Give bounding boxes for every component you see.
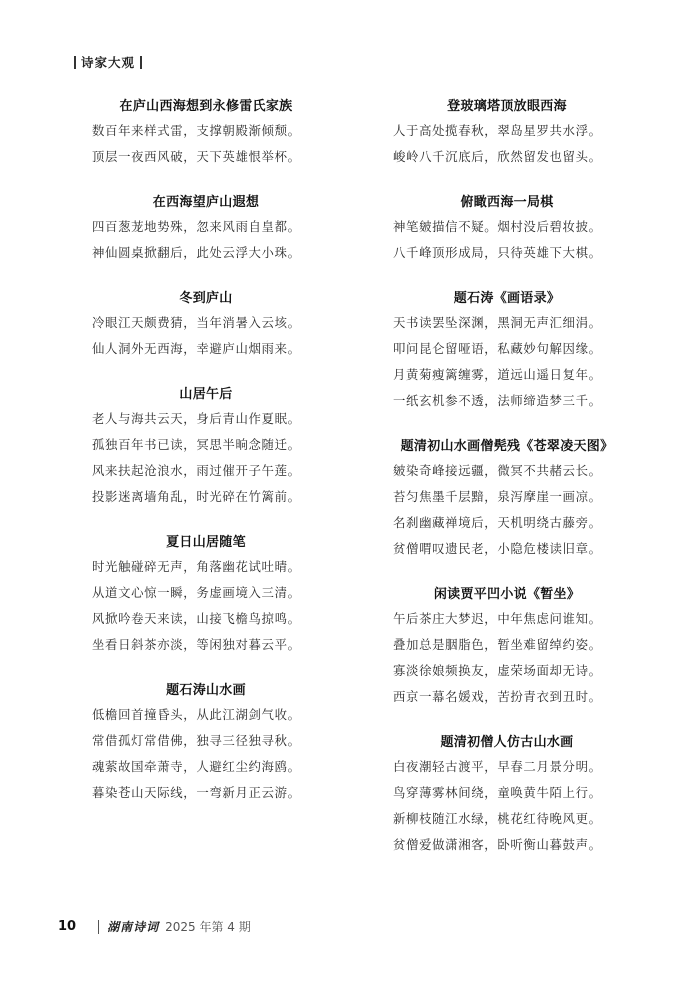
poem-line: 新柳枝随江水绿，桃花红待晚风更。 — [387, 806, 627, 832]
poem: 俯瞰西海一局棋神笔皴描信不疑。烟村没后碧妆披。八千峰顶形成局，只待英雄下大棋。 — [387, 192, 627, 266]
poem-line: 贫僧爱做潇湘客，卧听衡山暮鼓声。 — [387, 832, 627, 858]
section-tag: 诗家大观 — [74, 53, 142, 71]
poem: 在庐山西海想到永修雷氏家族数百年来样式雷，支撑朝殿渐倾颓。顶层一夜西风破，天下英… — [86, 96, 326, 170]
poem-title: 山居午后 — [86, 384, 326, 406]
poem: 山居午后老人与海共云天，身后青山作夏眠。孤独百年书已读，冥思半晌念随迁。风来扶起… — [86, 384, 326, 510]
poem-line: 时光触碰碎无声，角落幽花试吐晴。 — [86, 554, 326, 580]
poem-line: 神仙圆桌掀翻后，此处云浮大小珠。 — [86, 240, 326, 266]
poem: 登玻璃塔顶放眼西海人于高处揽春秋，翠岛星罗共水浮。峻岭八千沉底后，欣然留发也留头… — [387, 96, 627, 170]
poem-line: 魂萦故国牵萧寺，人避红尘约海鸥。 — [86, 754, 326, 780]
poem-line: 坐看日斜茶亦淡，等闲独对暮云平。 — [86, 632, 326, 658]
page-footer: 10 湖南诗词 2025 年第 4 期 — [58, 918, 251, 935]
poem-line: 鸟穿薄雾林间绕，童唤黄牛陌上行。 — [387, 780, 627, 806]
poem-line: 一纸玄机参不透，法师缔造梦三千。 — [387, 388, 627, 414]
poem-line: 风来扶起沧浪水，雨过催开子午莲。 — [86, 458, 326, 484]
poem-line: 暮染苍山天际线，一弯新月正云游。 — [86, 780, 326, 806]
poem-line: 苔匀焦墨千层黯，泉泻摩崖一画凉。 — [387, 484, 627, 510]
poem-line: 从道文心惊一瞬，务虚画境入三清。 — [86, 580, 326, 606]
poem: 闲读贾平凹小说《暂坐》午后茶庄大梦迟，中年焦虑问谁知。叠加总是胭脂色，暂坐难留绰… — [387, 584, 627, 710]
page-number: 10 — [58, 919, 76, 934]
poem-title: 俯瞰西海一局棋 — [387, 192, 627, 214]
divider — [140, 56, 142, 69]
poem-line: 叩问昆仑留哑语，私藏妙句解因缘。 — [387, 336, 627, 362]
poem-line: 顶层一夜西风破，天下英雄恨举杯。 — [86, 144, 326, 170]
poem-line: 风掀吟卷天来读，山接飞檐鸟掠鸣。 — [86, 606, 326, 632]
poem-line: 数百年来样式雷，支撑朝殿渐倾颓。 — [86, 118, 326, 144]
poem-title: 闲读贾平凹小说《暂坐》 — [387, 584, 627, 606]
poem-line: 八千峰顶形成局，只待英雄下大棋。 — [387, 240, 627, 266]
magazine-logo: 湖南诗词 — [107, 918, 159, 935]
poem-line: 白夜潮轻古渡平，早春二月景分明。 — [387, 754, 627, 780]
poem-line: 叠加总是胭脂色，暂坐难留绰约姿。 — [387, 632, 627, 658]
poem-title: 题石涛山水画 — [86, 680, 326, 702]
poem-title: 题清初僧人仿古山水画 — [387, 732, 627, 754]
poem-line: 皴染奇峰接远疆，微冥不共赭云长。 — [387, 458, 627, 484]
poem-line: 投影迷离墙角乱，时光碎在竹篱前。 — [86, 484, 326, 510]
poem-line: 人于高处揽春秋，翠岛星罗共水浮。 — [387, 118, 627, 144]
poem-line: 常借孤灯常借佛，独寻三径独寻秋。 — [86, 728, 326, 754]
poem-title: 登玻璃塔顶放眼西海 — [387, 96, 627, 118]
poem-line: 西京一幕名媛戏，苦扮青衣到丑时。 — [387, 684, 627, 710]
poem: 在西海望庐山遐想四百葱茏地势殊，忽来风雨自皇都。神仙圆桌掀翻后，此处云浮大小珠。 — [86, 192, 326, 266]
right-column: 登玻璃塔顶放眼西海人于高处揽春秋，翠岛星罗共水浮。峻岭八千沉底后，欣然留发也留头… — [387, 96, 627, 880]
poem-title: 夏日山居随笔 — [86, 532, 326, 554]
poem-title: 在庐山西海想到永修雷氏家族 — [86, 96, 326, 118]
poem-line: 午后茶庄大梦迟，中年焦虑问谁知。 — [387, 606, 627, 632]
poem-title: 在西海望庐山遐想 — [86, 192, 326, 214]
poem: 题石涛《画语录》天书读罢坠深渊，黑洞无声汇细涓。叩问昆仑留哑语，私藏妙句解因缘。… — [387, 288, 627, 414]
poem-title: 冬到庐山 — [86, 288, 326, 310]
poem: 题清初僧人仿古山水画白夜潮轻古渡平，早春二月景分明。鸟穿薄雾林间绕，童唤黄牛陌上… — [387, 732, 627, 858]
poem: 夏日山居随笔时光触碰碎无声，角落幽花试吐晴。从道文心惊一瞬，务虚画境入三清。风掀… — [86, 532, 326, 658]
poem-line: 冷眼江天颇费猜，当年消暑入云垓。 — [86, 310, 326, 336]
poem-line: 月黄菊瘦篱缠雾，道远山遥日复年。 — [387, 362, 627, 388]
poem-title: 题清初山水画僧髡残《苍翠凌天图》 — [387, 436, 627, 458]
poem-line: 寡淡徐娘频换友，虚荣场面却无诗。 — [387, 658, 627, 684]
issue-label: 2025 年第 4 期 — [165, 918, 251, 935]
poem-line: 名刹幽藏禅境后，天机明绕古藤旁。 — [387, 510, 627, 536]
poem-line: 天书读罢坠深渊，黑洞无声汇细涓。 — [387, 310, 627, 336]
poem-line: 峻岭八千沉底后，欣然留发也留头。 — [387, 144, 627, 170]
poem-title: 题石涛《画语录》 — [387, 288, 627, 310]
poem-line: 孤独百年书已读，冥思半晌念随迁。 — [86, 432, 326, 458]
poem-line: 老人与海共云天，身后青山作夏眠。 — [86, 406, 326, 432]
poem: 题石涛山水画低檐回首撞昏头，从此江湖剑气收。常借孤灯常借佛，独寻三径独寻秋。魂萦… — [86, 680, 326, 806]
section-title: 诗家大观 — [81, 53, 135, 71]
divider — [74, 56, 76, 69]
poem: 题清初山水画僧髡残《苍翠凌天图》皴染奇峰接远疆，微冥不共赭云长。苔匀焦墨千层黯，… — [387, 436, 627, 562]
poem-line: 低檐回首撞昏头，从此江湖剑气收。 — [86, 702, 326, 728]
divider — [98, 920, 99, 934]
poem: 冬到庐山冷眼江天颇费猜，当年消暑入云垓。仙人洞外无西海，幸避庐山烟雨来。 — [86, 288, 326, 362]
poem-line: 四百葱茏地势殊，忽来风雨自皇都。 — [86, 214, 326, 240]
poem-line: 贫僧喟叹遗民老，小隐危楼读旧章。 — [387, 536, 627, 562]
left-column: 在庐山西海想到永修雷氏家族数百年来样式雷，支撑朝殿渐倾颓。顶层一夜西风破，天下英… — [86, 96, 326, 828]
poem-line: 神笔皴描信不疑。烟村没后碧妆披。 — [387, 214, 627, 240]
poem-line: 仙人洞外无西海，幸避庐山烟雨来。 — [86, 336, 326, 362]
